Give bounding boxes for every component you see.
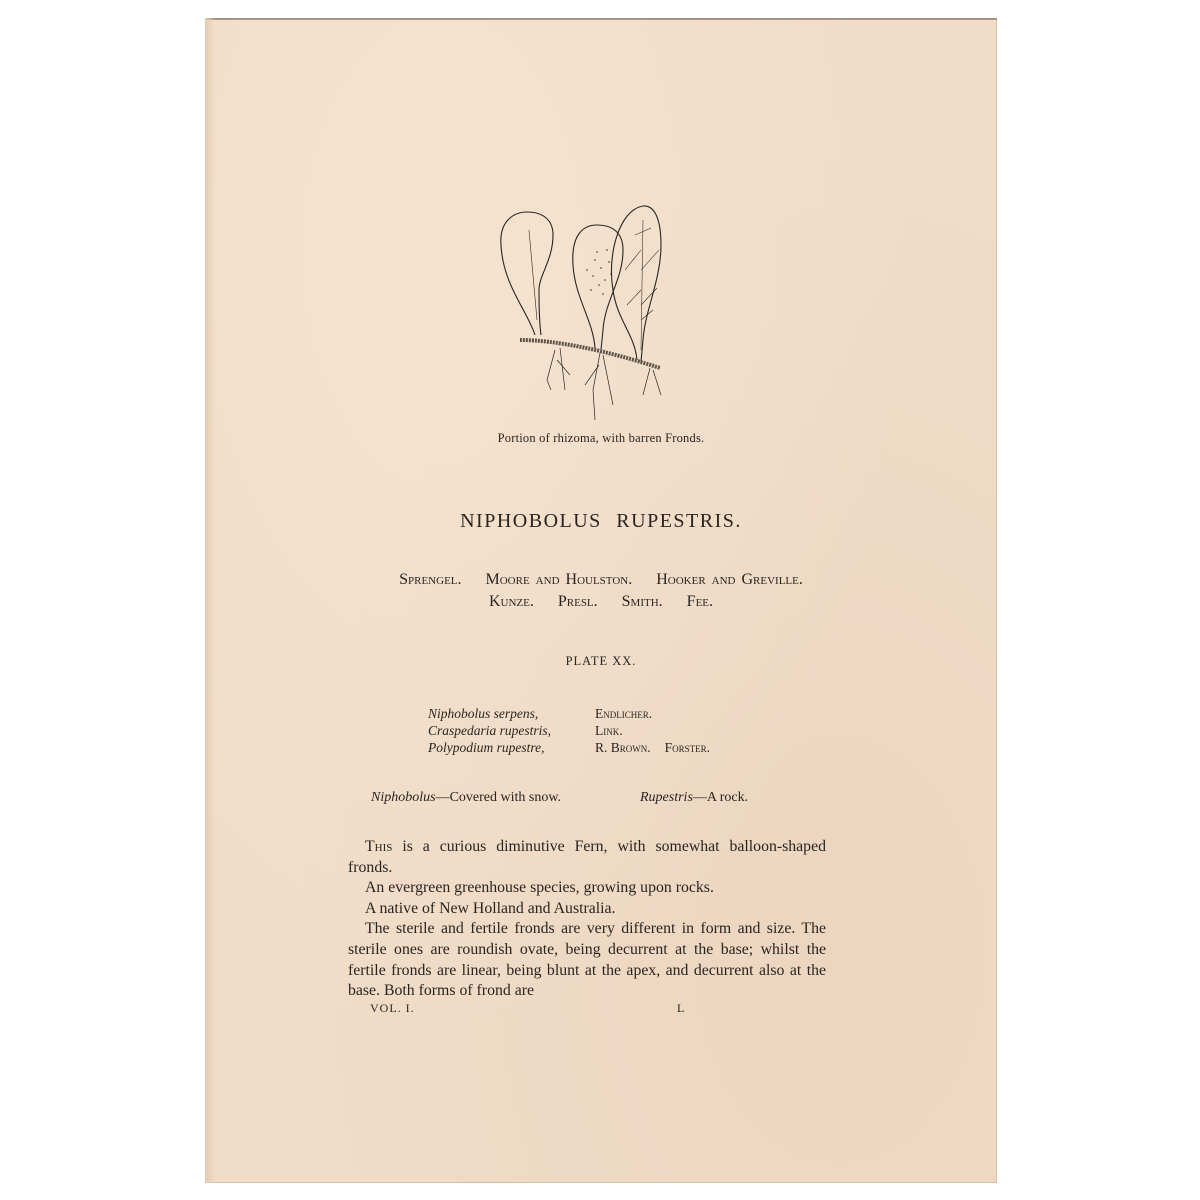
paragraph: A native of New Holland and Australia.	[348, 899, 826, 920]
book-page: Portion of rhizoma, with barren Fronds. …	[205, 18, 997, 1183]
fern-illustration	[475, 190, 675, 430]
authority: Sprengel.	[399, 571, 461, 588]
paragraph: An evergreen greenhouse species, growing…	[348, 878, 826, 899]
synonym-name: Polypodium rupestre,	[428, 739, 595, 756]
authorities: Sprengel. Moore and Houlston. Hooker and…	[205, 569, 997, 613]
synonym-authority: Link.	[595, 722, 623, 739]
volume-signature: VOL. I.	[370, 1001, 415, 1016]
paragraph: The sterile and fertile fronds are very …	[348, 919, 826, 1001]
synonym-row: Craspedaria rupestris, Link.	[428, 722, 710, 739]
body-text: This is a curious diminutive Fern, with …	[348, 837, 826, 1002]
etymology-genus: Niphobolus—Covered with snow.	[371, 790, 561, 806]
authority: Moore and Houlston.	[486, 571, 633, 588]
authority: Presl.	[558, 593, 598, 610]
page-title: NIPHOBOLUS RUPESTRIS.	[205, 510, 997, 533]
synonym-name: Craspedaria rupestris,	[428, 722, 595, 739]
authority: Fee.	[687, 593, 713, 610]
paragraph: This is a curious diminutive Fern, with …	[348, 837, 826, 878]
authorities-line-2: Kunze. Presl. Smith. Fee.	[205, 591, 997, 613]
synonym-row: Niphobolus serpens, Endlicher.	[428, 705, 710, 722]
authorities-line-1: Sprengel. Moore and Houlston. Hooker and…	[205, 569, 997, 591]
authority: Smith.	[622, 593, 663, 610]
illustration-caption: Portion of rhizoma, with barren Fronds.	[205, 431, 997, 446]
signature-mark: L	[677, 1001, 685, 1016]
synonym-authority: Endlicher.	[595, 705, 652, 722]
authority: Hooker and Greville.	[656, 571, 803, 588]
synonyms-list: Niphobolus serpens, Endlicher. Craspedar…	[428, 705, 710, 756]
plate-number: PLATE XX.	[205, 654, 997, 669]
synonym-authority: R. Brown.Forster.	[595, 739, 710, 756]
authority: Kunze.	[489, 593, 534, 610]
etymology-species: Rupestris—A rock.	[640, 790, 748, 806]
synonym-name: Niphobolus serpens,	[428, 705, 595, 722]
synonym-row: Polypodium rupestre, R. Brown.Forster.	[428, 739, 710, 756]
